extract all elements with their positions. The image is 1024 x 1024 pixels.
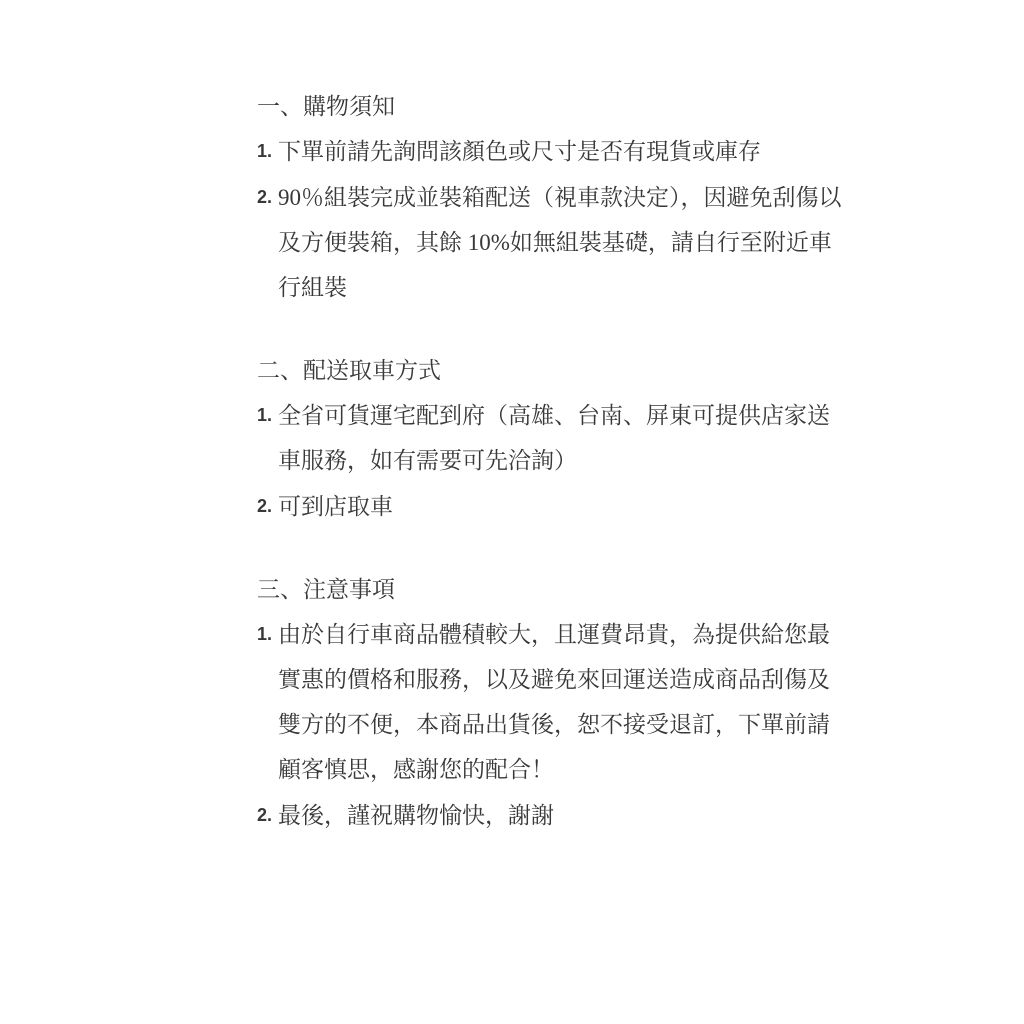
list-item-line: 可到店取車 (278, 484, 797, 529)
list-item-number: 2. (257, 793, 272, 838)
list-item-line: 90％組裝完成並裝箱配送（視車款決定），因避免刮傷以 (278, 175, 797, 220)
list-item-line: 顧客慎思，感謝您的配合！ (278, 747, 797, 792)
list-item-line: 最後，謹祝購物愉快，謝謝 (278, 793, 797, 838)
list-item: 1. 下單前請先詢問該顏色或尺寸是否有現貨或庫存 (257, 129, 797, 174)
list-item: 1. 由於自行車商品體積較大，且運費昂貴，為提供給您最 實惠的價格和服務，以及避… (257, 612, 797, 792)
list-item-line: 車服務，如有需要可先洽詢） (278, 438, 797, 483)
section-shopping-notice: 一、購物須知 1. 下單前請先詢問該顏色或尺寸是否有現貨或庫存 2. 90％組裝… (257, 84, 797, 310)
list-item-line: 全省可貨運宅配到府（高雄、台南、屏東可提供店家送 (278, 393, 797, 438)
list-item-number: 1. (257, 129, 272, 174)
list-item-line: 行組裝 (278, 265, 797, 310)
list-item-line: 實惠的價格和服務，以及避免來回運送造成商品刮傷及 (278, 657, 797, 702)
section-heading: 二、配送取車方式 (257, 348, 797, 393)
list-item-line: 下單前請先詢問該顏色或尺寸是否有現貨或庫存 (278, 129, 797, 174)
list-item-number: 2. (257, 175, 272, 220)
list-item-number: 1. (257, 393, 272, 438)
section-delivery-pickup: 二、配送取車方式 1. 全省可貨運宅配到府（高雄、台南、屏東可提供店家送 車服務… (257, 348, 797, 529)
list-item-number: 2. (257, 484, 272, 529)
section-important-notes: 三、注意事項 1. 由於自行車商品體積較大，且運費昂貴，為提供給您最 實惠的價格… (257, 567, 797, 838)
list-item-line: 及方便裝箱，其餘 10%如無組裝基礎，請自行至附近車 (278, 220, 797, 265)
document-content: 一、購物須知 1. 下單前請先詢問該顏色或尺寸是否有現貨或庫存 2. 90％組裝… (257, 84, 797, 876)
list-item: 2. 90％組裝完成並裝箱配送（視車款決定），因避免刮傷以 及方便裝箱，其餘 1… (257, 175, 797, 310)
list-item: 2. 可到店取車 (257, 484, 797, 529)
list-item-line: 雙方的不便，本商品出貨後，恕不接受退訂，下單前請 (278, 702, 797, 747)
list-item-line: 由於自行車商品體積較大，且運費昂貴，為提供給您最 (278, 612, 797, 657)
section-heading: 一、購物須知 (257, 84, 797, 129)
list-item-number: 1. (257, 612, 272, 657)
section-heading: 三、注意事項 (257, 567, 797, 612)
list-item: 2. 最後，謹祝購物愉快，謝謝 (257, 793, 797, 838)
list-item: 1. 全省可貨運宅配到府（高雄、台南、屏東可提供店家送 車服務，如有需要可先洽詢… (257, 393, 797, 483)
document-page: 一、購物須知 1. 下單前請先詢問該顏色或尺寸是否有現貨或庫存 2. 90％組裝… (0, 0, 1024, 1024)
